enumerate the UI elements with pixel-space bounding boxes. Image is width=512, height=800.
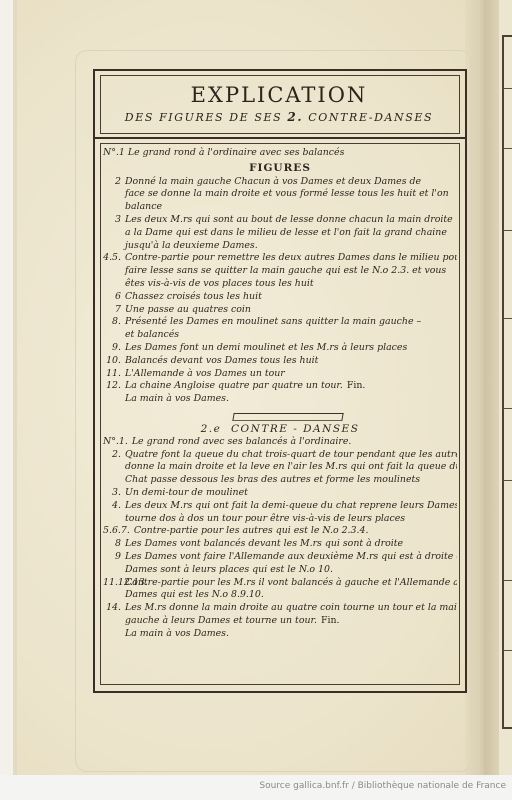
item-text: gauche à leurs Dames et tourne un tour.	[125, 615, 317, 628]
list-item-line: 4.5.Contre-partie pour remettre les deux…	[103, 252, 457, 265]
item-number: 11.12.13.	[103, 577, 121, 590]
item-text: Les M.rs donne la main droite au quatre …	[125, 602, 457, 615]
list-item-line: 12.La chaine Angloise quatre par quatre …	[103, 380, 457, 393]
list-item-line: 2Donné la main gauche Chacun à vos Dames…	[103, 176, 457, 189]
list-item-line: 8.Présenté les Dames en moulinet sans qu…	[103, 316, 457, 329]
page-subtitle: DES FIGURES DE SES 2. CONTRE-DANSES	[100, 110, 458, 124]
item-number: 10.	[103, 355, 121, 368]
list-item-line: faire lesse sans se quitter la main gauc…	[103, 265, 457, 278]
item-text: faire lesse sans se quitter la main gauc…	[125, 265, 446, 278]
document-body: N°.1 Le grand rond à l'ordinaire avec se…	[103, 147, 457, 640]
item-text: La main à vos Dames.	[125, 393, 229, 406]
item-text: et balancés	[125, 329, 179, 342]
item-text: Dames sont à leurs places qui est le N.o…	[125, 564, 333, 577]
item-number: 12.	[103, 380, 121, 393]
item-text: tourne dos à dos un tour pour être vis-à…	[125, 513, 405, 526]
item-text: Les deux M.rs qui sont au bout de lesse …	[125, 214, 453, 227]
list-item-line: balance	[103, 201, 457, 214]
item-number: 11.	[103, 368, 121, 381]
list-item-line: 7Une passe au quatres coin	[103, 304, 457, 317]
list-item-line: N°.1.Le grand rond avec ses balancés à l…	[103, 436, 457, 449]
list-item-line: Dames qui est les N.o 8.9.10.	[103, 589, 457, 602]
list-item-line: La main à vos Dames.	[103, 628, 457, 641]
item-text: La main à vos Dames.	[125, 628, 229, 641]
item-text: Un demi-tour de moulinet	[125, 487, 248, 500]
list-item-line: 6Chassez croisés tous les huit	[103, 291, 457, 304]
subtitle-suffix: CONTRE-DANSES	[308, 111, 433, 124]
item-text: Une passe au quatres coin	[125, 304, 251, 317]
list-item-line: La main à vos Dames.	[103, 393, 457, 406]
list-item-line: tourne dos à dos un tour pour être vis-à…	[103, 513, 457, 526]
second-heading-number: 2.e	[201, 423, 222, 435]
item-number: 4.5.	[103, 252, 121, 265]
item-text: La chaine Angloise quatre par quatre un …	[125, 380, 343, 393]
item-number: 7	[103, 304, 121, 317]
item-number: 2	[103, 176, 121, 189]
item-number: 2.	[103, 449, 121, 462]
second-contredanse-list: N°.1.Le grand rond avec ses balancés à l…	[103, 436, 457, 641]
item-number: 14.	[103, 602, 121, 615]
list-item-line: 2.Quatre font la queue du chat trois-qua…	[103, 449, 457, 462]
item-number: 8.	[103, 316, 121, 329]
item-number: 3.	[103, 487, 121, 500]
list-item-line: et balancés	[103, 329, 457, 342]
item-number: 6	[103, 291, 121, 304]
item-text: Balancés devant vos Dames tous les huit	[125, 355, 318, 368]
list-item-line: 4.Les deux M.rs qui ont fait la demi-que…	[103, 500, 457, 513]
list-item-line: 9Les Dames vont faire l'Allemande aux de…	[103, 551, 457, 564]
item-text: Chat passe dessous les bras des autres e…	[125, 474, 420, 487]
facing-page-frame	[502, 35, 512, 729]
subtitle-prefix: DES FIGURES DE SES	[125, 111, 283, 124]
fin-marker: Fin.	[347, 380, 366, 393]
item-number: 4.	[103, 500, 121, 513]
item-text: Quatre font la queue du chat trois-quart…	[125, 449, 457, 462]
intro-line: N°.1 Le grand rond à l'ordinaire avec se…	[103, 147, 457, 160]
list-item-line: Dames sont à leurs places qui est le N.o…	[103, 564, 457, 577]
title-separator	[93, 137, 465, 139]
list-item-line: êtes vis-à-vis de vos places tous les hu…	[103, 278, 457, 291]
item-number: N°.1	[103, 147, 125, 160]
item-text: Le grand rond à l'ordinaire avec ses bal…	[128, 147, 345, 160]
section-heading-figures: FIGURES	[103, 162, 457, 175]
item-text: Présenté les Dames en moulinet sans quit…	[125, 316, 421, 329]
item-text: êtes vis-à-vis de vos places tous les hu…	[125, 278, 314, 291]
list-item-line: a la Dame qui est dans le milieu de less…	[103, 227, 457, 240]
page-title: EXPLICATION	[100, 83, 458, 107]
list-item-line: 3.Un demi-tour de moulinet	[103, 487, 457, 500]
list-item-line: gauche à leurs Dames et tourne un tour.F…	[103, 615, 457, 628]
item-text: Chassez croisés tous les huit	[125, 291, 262, 304]
second-heading-text: CONTRE - DANSES	[231, 423, 359, 435]
item-text: Les Dames vont faire l'Allemande aux deu…	[125, 551, 457, 564]
item-text: Donné la main gauche Chacun à vos Dames …	[125, 176, 421, 189]
list-item-line: face se donne la main droite et vous for…	[103, 188, 457, 201]
item-text: a la Dame qui est dans le milieu de less…	[125, 227, 447, 240]
page-edge	[13, 0, 17, 775]
item-text: Contre-partie pour remettre les deux aut…	[125, 252, 457, 265]
item-text: Contre-partie pour les autres qui est le…	[134, 525, 369, 538]
list-item-line: Chat passe dessous les bras des autres e…	[103, 474, 457, 487]
item-text: Le grand rond avec ses balancés à l'ordi…	[132, 436, 352, 449]
item-text: balance	[125, 201, 162, 214]
list-item-line: 11.12.13.Contre-partie pour les M.rs il …	[103, 577, 457, 590]
list-item-line: 3Les deux M.rs qui sont au bout de lesse…	[103, 214, 457, 227]
item-number: N°.1.	[103, 436, 128, 449]
ornament-divider	[232, 413, 343, 421]
item-number: 3	[103, 214, 121, 227]
list-item-line: 11.L'Allemande à vos Dames un tour	[103, 368, 457, 381]
list-item-line: 8Les Dames vont balancés devant les M.rs…	[103, 538, 457, 551]
item-text: Les Dames font un demi moulinet et les M…	[125, 342, 407, 355]
item-number: 5.6.7.	[103, 525, 130, 538]
list-item-line: 5.6.7.Contre-partie pour les autres qui …	[103, 525, 457, 538]
item-text: jusqu'à la deuxieme Dames.	[125, 240, 258, 253]
item-text: Les Dames vont balancés devant les M.rs …	[125, 538, 403, 551]
list-item-line: jusqu'à la deuxieme Dames.	[103, 240, 457, 253]
list-item-line: 9.Les Dames font un demi moulinet et les…	[103, 342, 457, 355]
item-text: face se donne la main droite et vous for…	[125, 188, 449, 201]
subtitle-number: 2.	[287, 110, 303, 124]
item-text: Les deux M.rs qui ont fait la demi-queue…	[125, 500, 457, 513]
section-heading-second: 2.e CONTRE - DANSES	[103, 423, 457, 436]
item-text: donne la main droite et la leve en l'air…	[125, 461, 457, 474]
item-text: Contre-partie pour les M.rs il vont bala…	[125, 577, 457, 590]
figures-list: 2Donné la main gauche Chacun à vos Dames…	[103, 176, 457, 406]
item-text: L'Allemande à vos Dames un tour	[125, 368, 285, 381]
fin-marker: Fin.	[321, 615, 340, 628]
source-attribution: Source gallica.bnf.fr / Bibliothèque nat…	[259, 781, 506, 791]
item-text: Dames qui est les N.o 8.9.10.	[125, 589, 264, 602]
item-number: 9	[103, 551, 121, 564]
list-item-line: donne la main droite et la leve en l'air…	[103, 461, 457, 474]
item-number: 8	[103, 538, 121, 551]
list-item-line: 14.Les M.rs donne la main droite au quat…	[103, 602, 457, 615]
list-item-line: 10.Balancés devant vos Dames tous les hu…	[103, 355, 457, 368]
item-number: 9.	[103, 342, 121, 355]
